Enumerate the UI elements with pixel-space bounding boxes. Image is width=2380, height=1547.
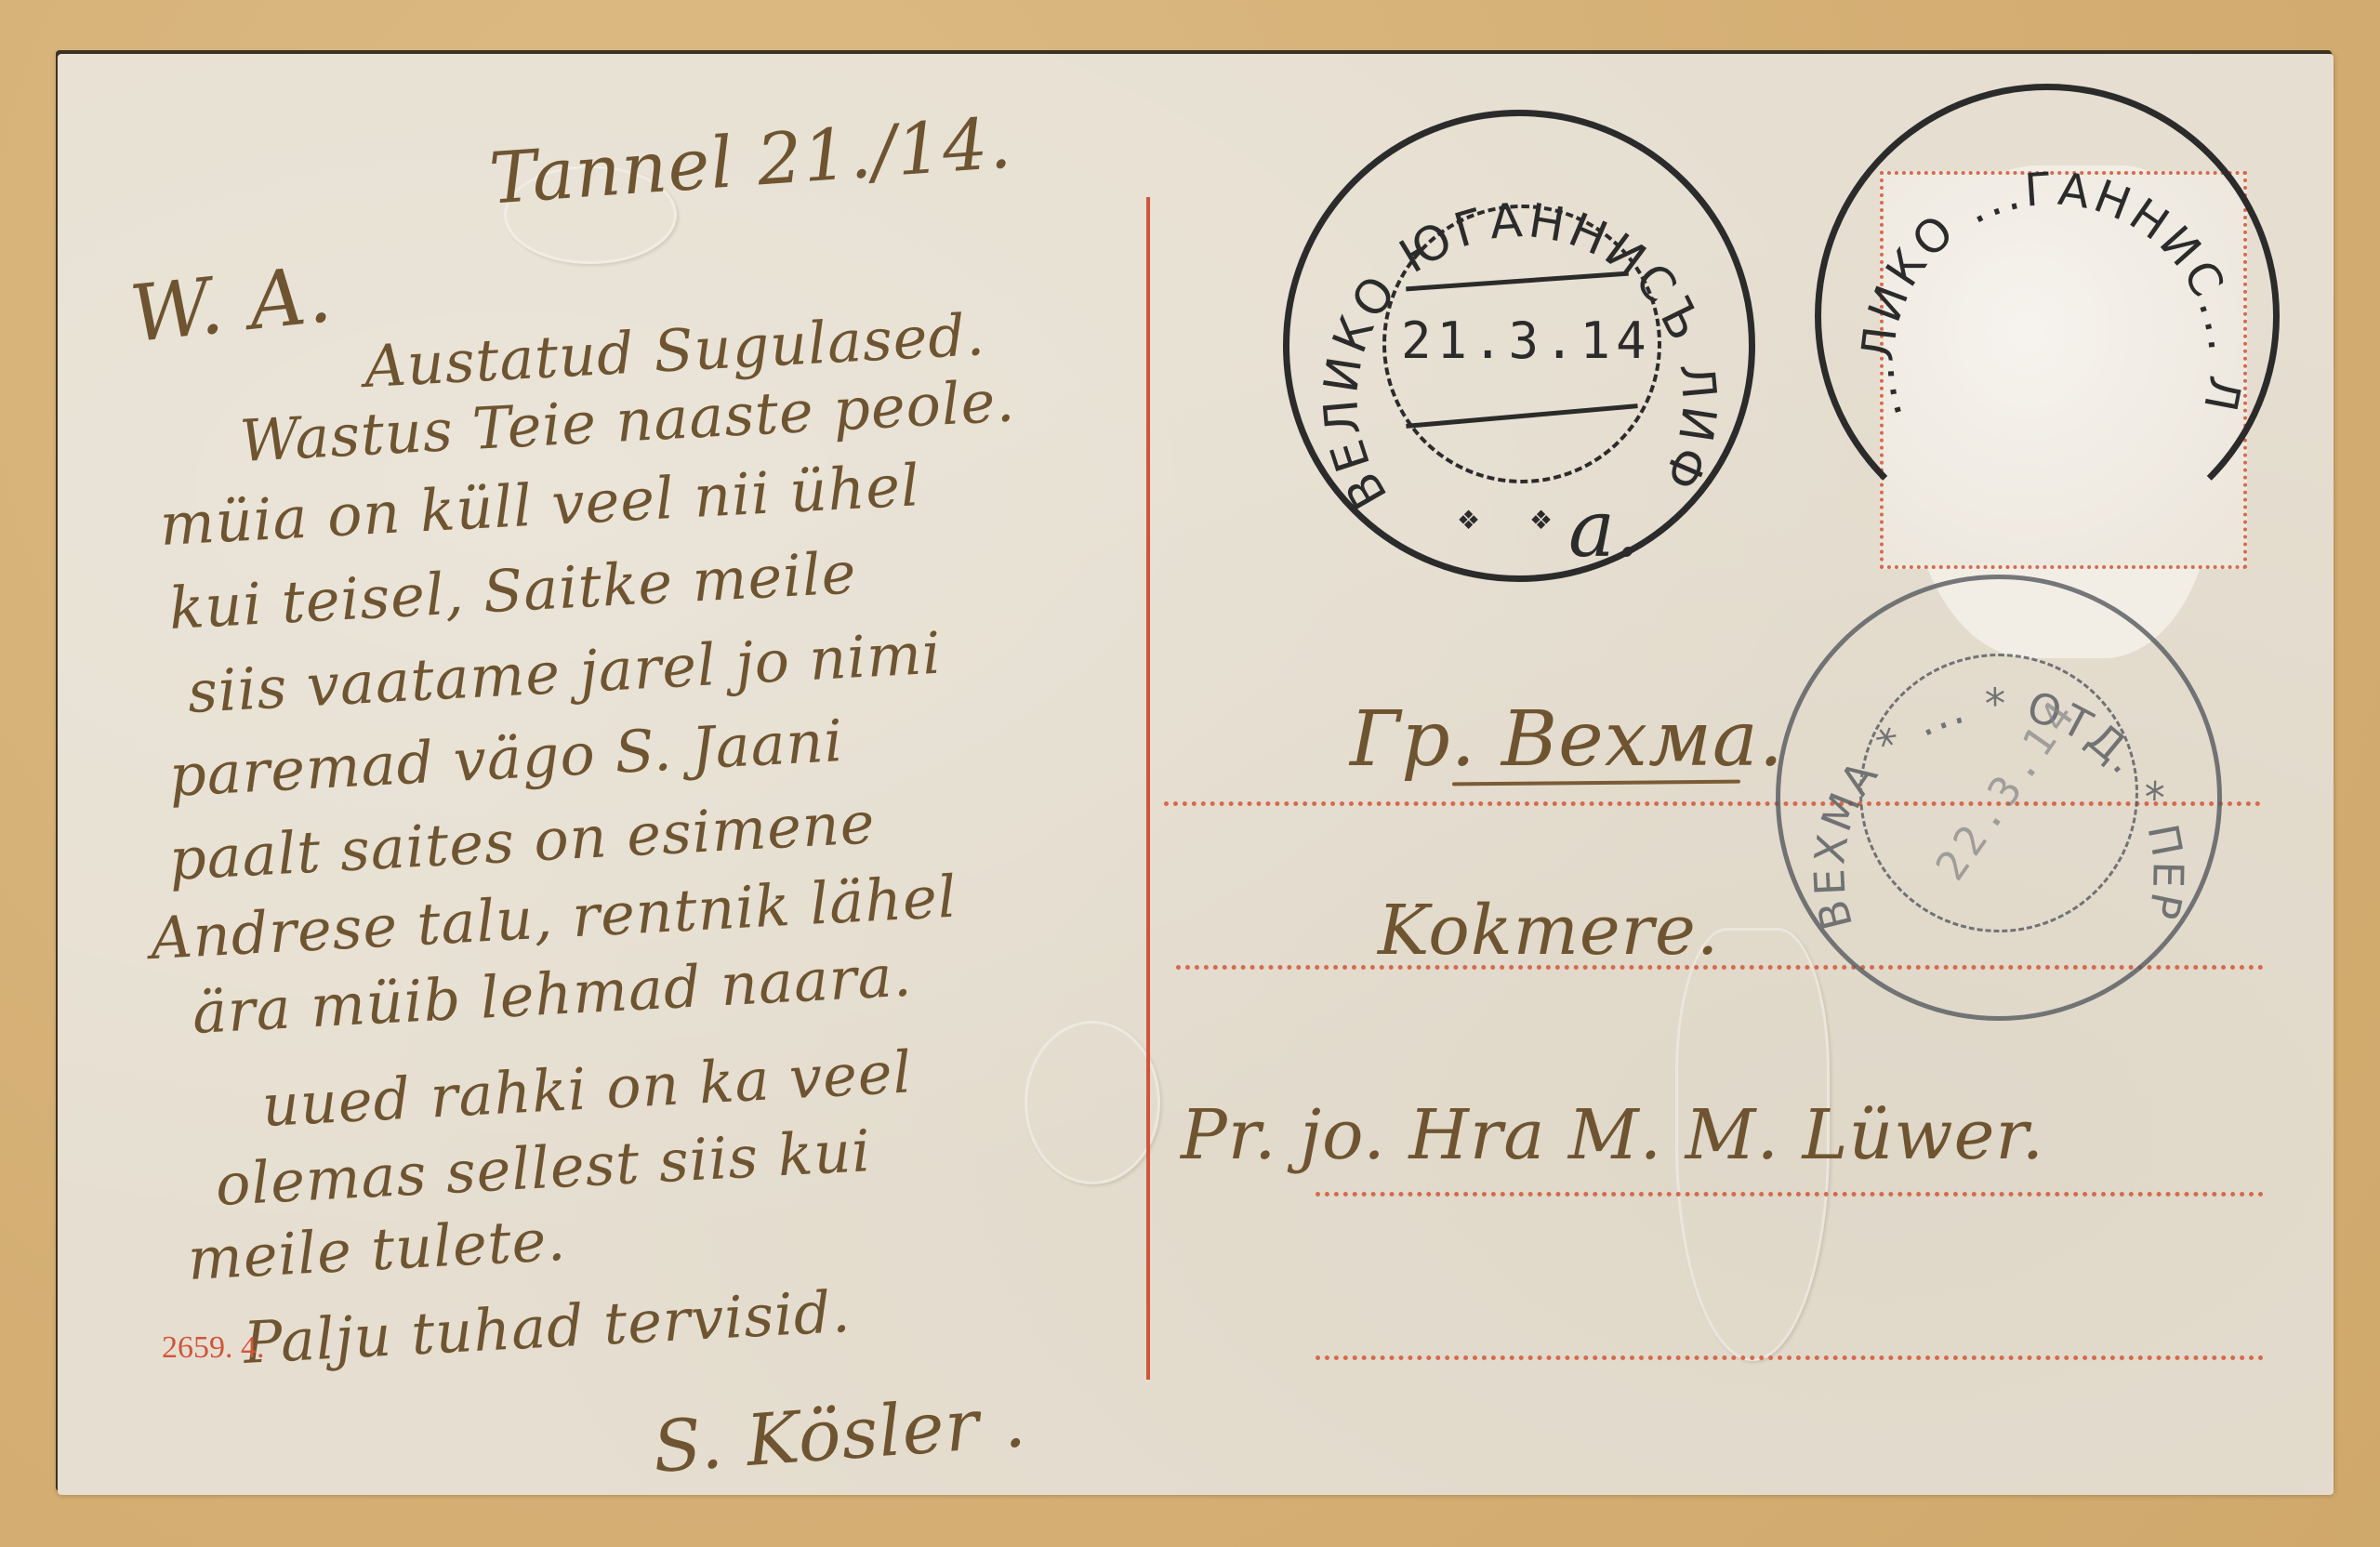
postmark-partial: ...ЛИКО ...ГАННИС... ЛИФЛ (1815, 84, 2280, 549)
signature: S. Kösler . (650, 1380, 1028, 1488)
postmark-series-letter: а. (1568, 483, 1640, 575)
postmark-ornaments: ❖ ❖ (1457, 505, 1573, 535)
postmark-date: 21.3.14 (1401, 311, 1652, 370)
svg-text:ВЕХМА * ... * ОТД. * ПЕР.-РЕВ.: ВЕХМА * ... * ОТД. * ПЕР.-РЕВ. (1780, 579, 2193, 934)
address-line-3 (1316, 1192, 2264, 1197)
postmark-vehma: ВЕХМА * ... * ОТД. * ПЕР.-РЕВ. 22.3.14 (1776, 575, 2222, 1021)
address-line-4 (1316, 1355, 2264, 1360)
postcard: Tannel 21./14. W. A. Austatud Sugulased.… (58, 54, 2334, 1495)
message-line: meile tulete. (186, 1206, 567, 1293)
address-town: Гр. Вехма. (1350, 695, 1784, 784)
postmark-veliko-jugannis: ВЕЛИКО ЮГАННИСЪ ЛИФЛ. 21.3.14 ❖ ❖ а. (1283, 110, 1755, 582)
print-number: 2659. 4. (162, 1330, 265, 1366)
embossed-ornament (1025, 1021, 1160, 1184)
place-date: Tannel 21./14. (487, 100, 1015, 219)
salutation: W. A. (126, 248, 336, 360)
address-recipient: Pr. jo. Hra M. M. Lüwer. (1181, 1095, 2044, 1175)
divider-line (1146, 197, 1150, 1380)
postmark-ring-text: ...ЛИКО ...ГАННИС... ЛИФЛ (1821, 90, 2273, 542)
svg-text:...ЛИКО ...ГАННИС... ЛИФЛ: ...ЛИКО ...ГАННИС... ЛИФЛ (1821, 90, 2251, 427)
message-line: kui teisel, Saitke meile (167, 538, 858, 642)
message-line: Palju tuhad tervisid. (242, 1277, 853, 1377)
address-village: Kokmere. (1378, 891, 1719, 971)
message-line: paremad vägo S. Jaani (167, 707, 845, 810)
